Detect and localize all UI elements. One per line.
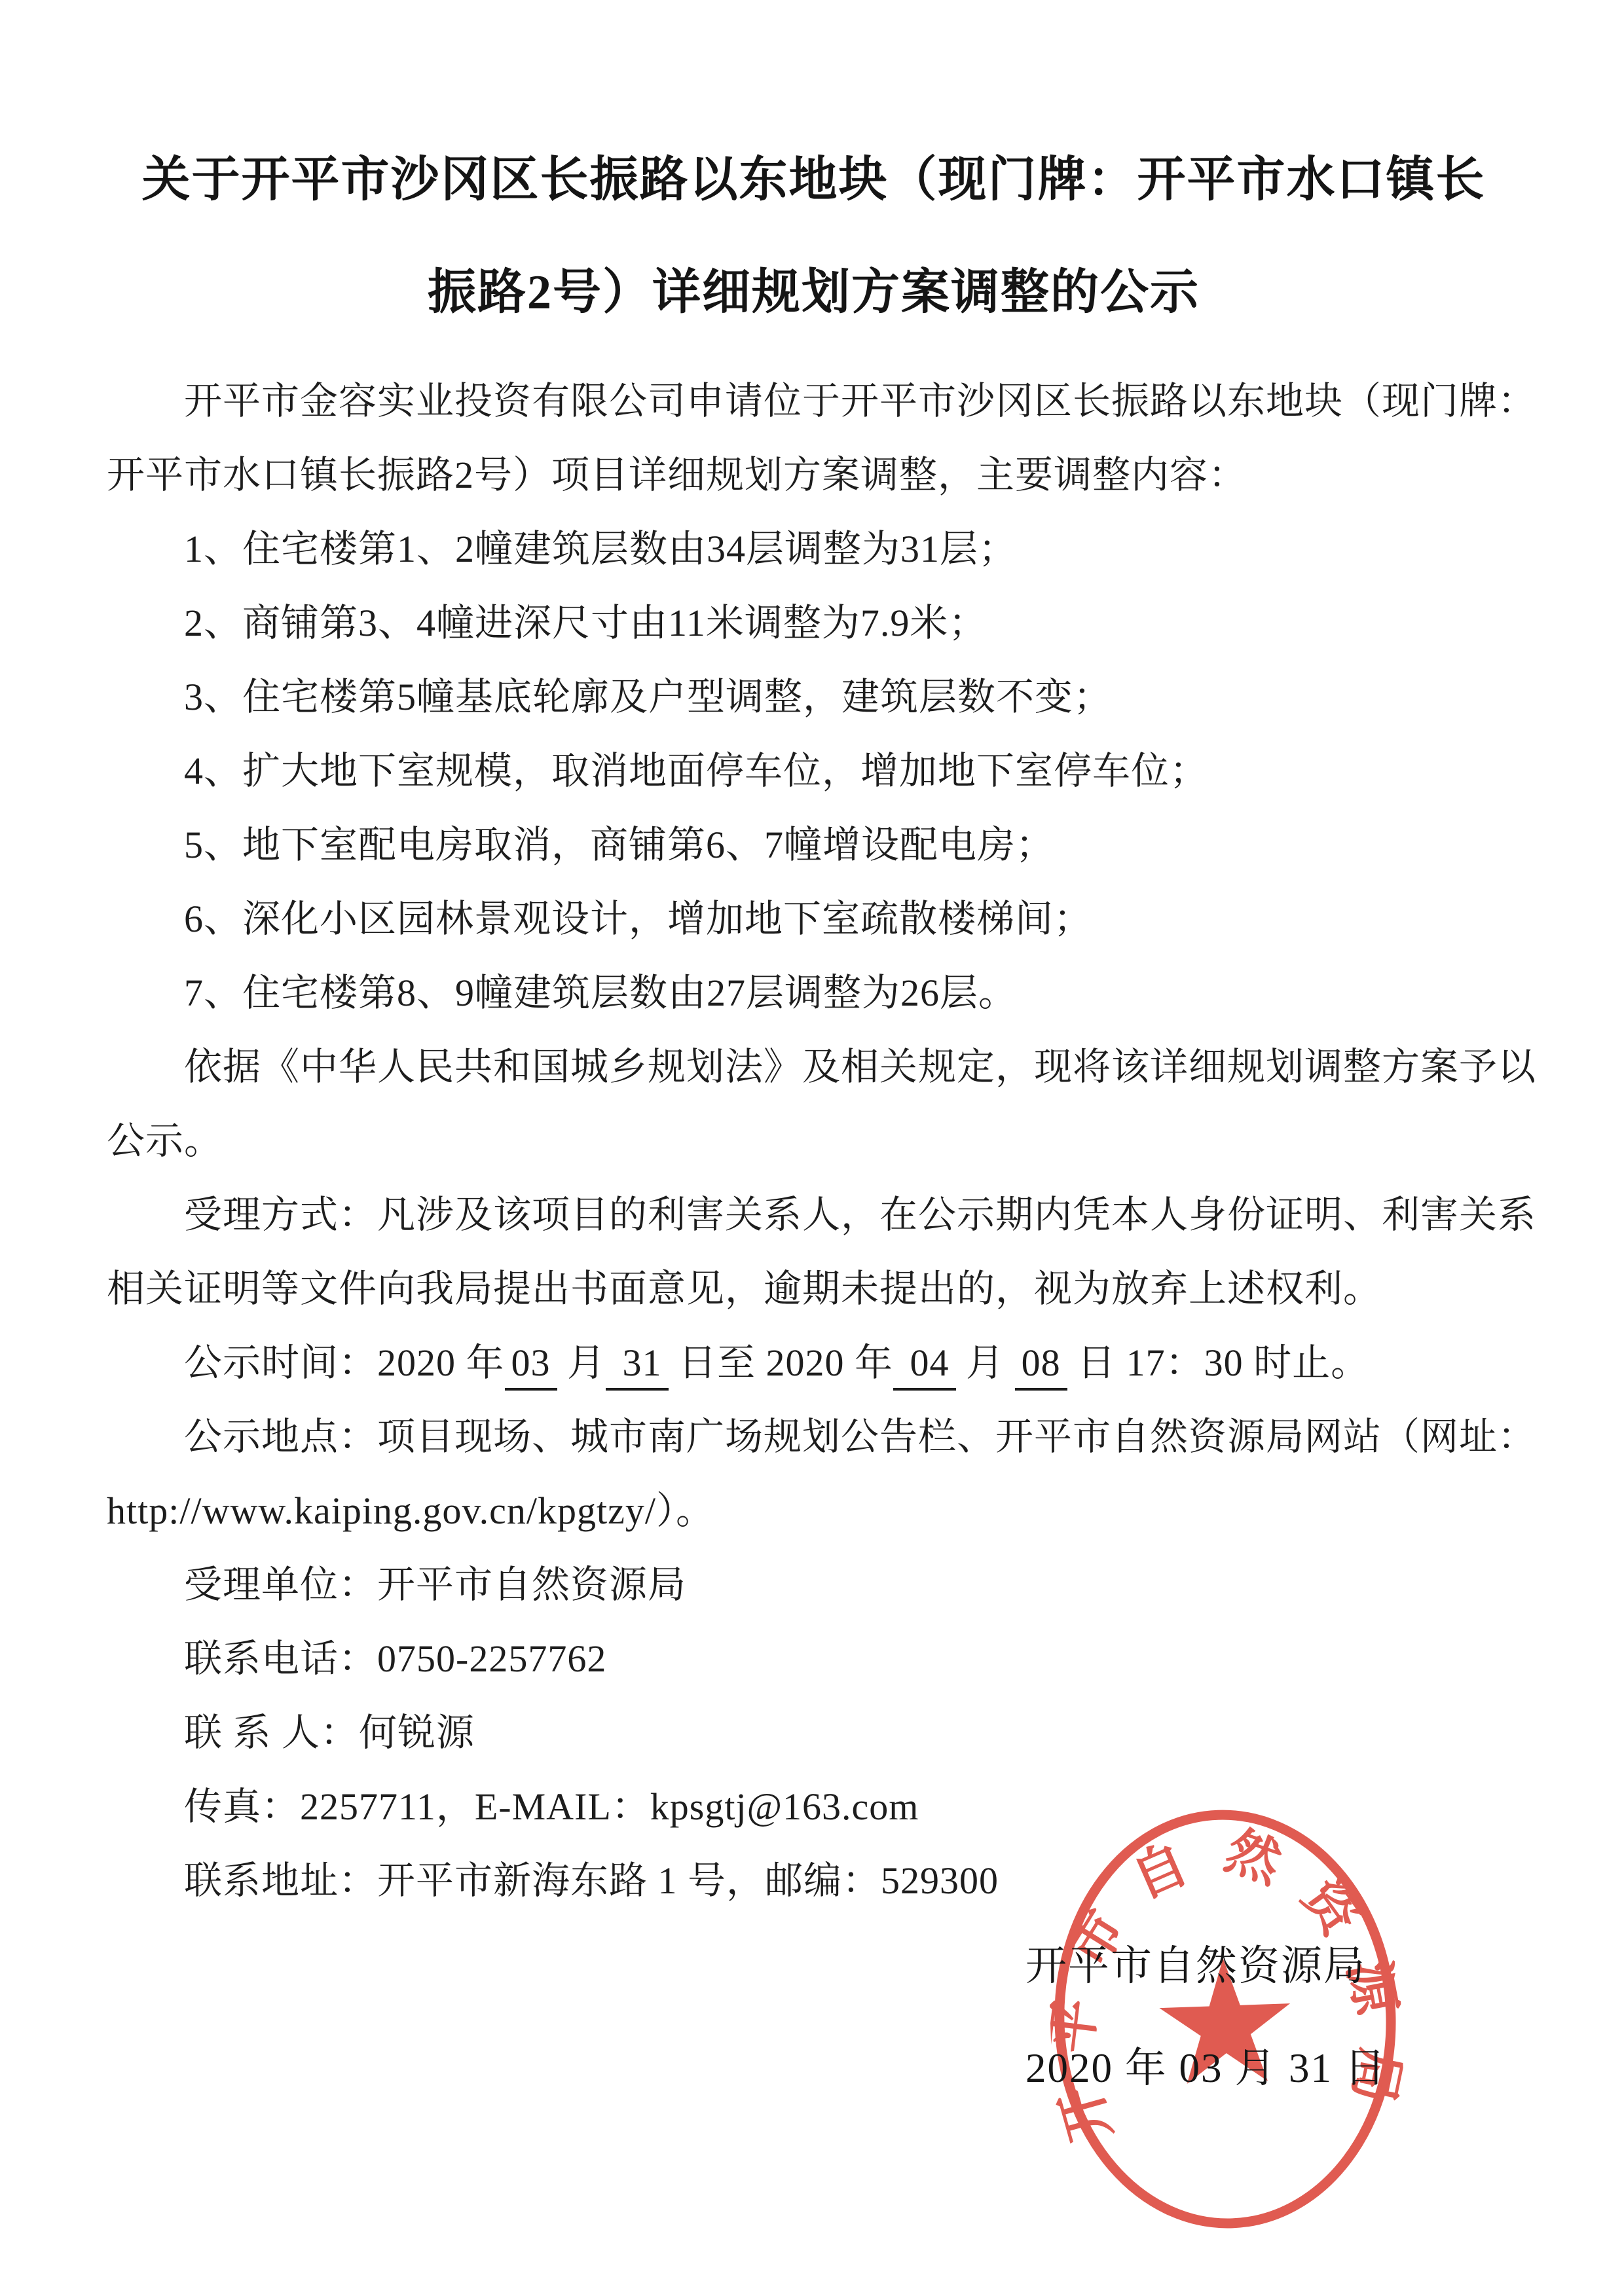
document-title-line2: 振路2号）详细规划方案调整的公示 — [107, 268, 1521, 317]
document-content: 关于开平市沙冈区长振路以东地块（现门牌：开平市水口镇长 振路2号）详细规划方案调… — [107, 156, 1521, 1918]
period-day-start: 31 — [606, 1341, 669, 1391]
scanned-notice-page: 关于开平市沙冈区长振路以东地块（现门牌：开平市水口镇长 振路2号）详细规划方案调… — [0, 0, 1624, 2296]
contact-phone-line: 联系电话：0750-2257762 — [107, 1622, 1521, 1696]
period-text-5: 日 17：30 时止。 — [1067, 1341, 1370, 1384]
adjustment-item-1: 1、住宅楼第1、2幢建筑层数由34层调整为31层； — [107, 512, 1521, 586]
adjustment-item-3: 3、住宅楼第5幢基底轮廓及户型调整，建筑层数不变； — [107, 660, 1521, 734]
period-day-end: 08 — [1015, 1341, 1067, 1391]
contact-person-line: 联 系 人：何锐源 — [107, 1696, 1521, 1770]
period-text-2: 月 — [557, 1341, 606, 1384]
period-text-1: 公示时间：2020 年 — [184, 1341, 505, 1384]
document-body: 开平市金容实业投资有限公司申请位于开平市沙冈区长振路以东地块（现门牌： 开平市水… — [107, 364, 1521, 1918]
period-month-start: 03 — [505, 1341, 557, 1391]
period-text-3: 日至 2020 年 — [669, 1341, 894, 1384]
official-seal: 开平市自然资源局 — [1043, 1800, 1409, 2241]
accepting-unit-line: 受理单位：开平市自然资源局 — [107, 1548, 1521, 1622]
adjustment-item-2: 2、商铺第3、4幢进深尺寸由11米调整为7.9米； — [107, 586, 1521, 660]
signature-organization: 开平市自然资源局 — [1025, 1946, 1366, 1987]
period-month-end: 04 — [893, 1341, 956, 1391]
publicity-location-line1: 公示地点：项目现场、城市南广场规划公告栏、开平市自然资源局网站（网址： — [107, 1400, 1521, 1474]
acceptance-method-line2: 相关证明等文件向我局提出书面意见，逾期未提出的，视为放弃上述权利。 — [107, 1252, 1521, 1326]
adjustment-item-5: 5、地下室配电房取消，商铺第6、7幢增设配电房； — [107, 808, 1521, 882]
adjustment-item-7: 7、住宅楼第8、9幢建筑层数由27层调整为26层。 — [107, 956, 1521, 1030]
intro-line2: 开平市水口镇长振路2号）项目详细规划方案调整，主要调整内容： — [107, 438, 1521, 512]
publicity-location-url: http://www.kaiping.gov.cn/kpgtzy/）。 — [107, 1474, 1521, 1548]
intro-line1: 开平市金容实业投资有限公司申请位于开平市沙冈区长振路以东地块（现门牌： — [107, 364, 1521, 438]
legal-basis-line2: 公示。 — [107, 1104, 1521, 1178]
document-title-line1: 关于开平市沙冈区长振路以东地块（现门牌：开平市水口镇长 — [107, 156, 1521, 204]
adjustment-item-4: 4、扩大地下室规模，取消地面停车位，增加地下室停车位； — [107, 734, 1521, 808]
adjustment-item-6: 6、深化小区园林景观设计，增加地下室疏散楼梯间； — [107, 882, 1521, 956]
period-text-4: 月 — [956, 1341, 1015, 1384]
legal-basis-line1: 依据《中华人民共和国城乡规划法》及相关规定，现将该详细规划调整方案予以 — [107, 1030, 1521, 1104]
acceptance-method-line1: 受理方式：凡涉及该项目的利害关系人，在公示期内凭本人身份证明、利害关系 — [107, 1178, 1521, 1252]
signature-date: 2020 年 03 月 31 日 — [1025, 2048, 1387, 2089]
publicity-period-line: 公示时间：2020 年03 月 31 日至 2020 年 04 月 08 日 1… — [107, 1326, 1521, 1400]
